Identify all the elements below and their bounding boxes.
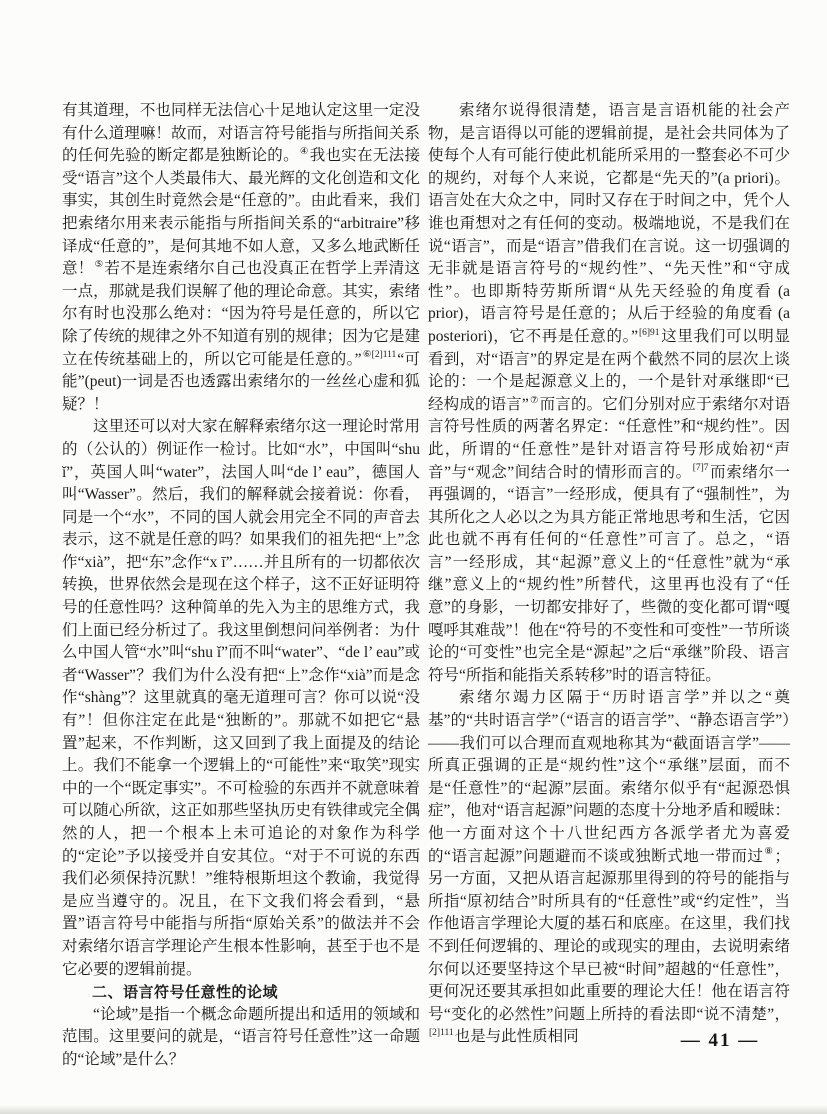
- right-column: 索绪尔说得很清楚，语言是言语机能的社会产物，是言语得以可能的逻辑前提，是社会共同…: [428, 100, 790, 1049]
- citation-marker: ④: [299, 147, 310, 157]
- citation-marker: ⑤: [94, 260, 105, 270]
- paragraph: 这里还可以对大家在解释索绪尔这一理论时常用的（公认的）例证作一检讨。比如“水”，…: [62, 416, 420, 981]
- left-column: 有其道理，不也同样无法信心十足地认定这里一定没有什么道理嘛！故而，对语言符号能指…: [62, 100, 420, 1072]
- citation-marker: ⑦: [529, 396, 540, 406]
- scan-edge-shadow: [0, 1105, 827, 1114]
- scanned-paper-page: 有其道理，不也同样无法信心十足地认定这里一定没有什么道理嘛！故而，对语言符号能指…: [0, 0, 827, 1114]
- citation-marker: ⑧: [763, 847, 774, 857]
- citation-marker: [7]7: [692, 463, 710, 473]
- paragraph: 索绪尔竭力区隔于“历时语言学”并以之“奠基”的“共时语言学”（“语言的语言学”、…: [428, 687, 790, 1049]
- paragraph: 有其道理，不也同样无法信心十足地认定这里一定没有什么道理嘛！故而，对语言符号能指…: [62, 100, 420, 416]
- paragraph: “论域”是指一个概念命题所提出和适用的领域和范围。这里要问的就是，“语言符号任意…: [62, 1004, 420, 1072]
- citation-marker: [6]91: [638, 328, 661, 338]
- citation-marker: ⑥[2]111: [362, 350, 398, 360]
- page-number: — 41 —: [660, 1030, 780, 1052]
- section-heading: 二、语言符号任意性的论域: [62, 981, 420, 1004]
- citation-marker: [2]111: [428, 1028, 455, 1038]
- paragraph: 索绪尔说得很清楚，语言是言语机能的社会产物，是言语得以可能的逻辑前提，是社会共同…: [428, 100, 790, 687]
